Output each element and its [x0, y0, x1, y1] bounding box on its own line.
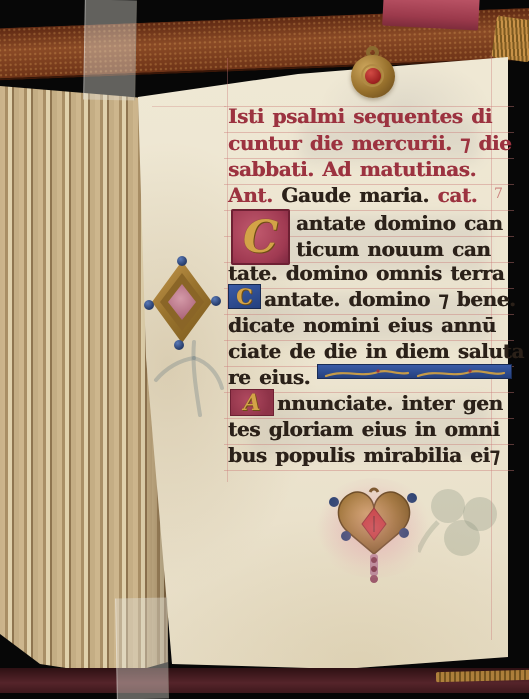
ruling-line [224, 470, 514, 471]
psalm-line-7: re eius. [228, 365, 310, 390]
psalm-line-3: tate. domino omnis terra [228, 261, 504, 286]
mounting-tape-top [83, 0, 137, 100]
gold-medallion-ornament [350, 46, 398, 98]
ruling-line [152, 106, 226, 107]
ribbon-gold-fringe [491, 16, 529, 63]
rubric-line-3: sabbati. Ad matutinas. [228, 157, 476, 182]
rubric-line-2: cuntur die mercurii. ⁊ die [228, 131, 511, 156]
folio-number: 7 [494, 186, 503, 202]
antiphon-suffix: cat. [437, 183, 477, 207]
medallion-ruby [365, 68, 381, 84]
antiphon-label: Ant. [228, 183, 273, 207]
pink-stain [312, 478, 436, 578]
diamond-brooch-ornament [144, 256, 222, 350]
psalm-line-9: tes gloriam eius in omni [228, 417, 500, 442]
illuminated-initial-C-large: C [231, 209, 290, 265]
blue-pearl [211, 296, 221, 306]
line-filler-bar [317, 364, 512, 379]
background-strip [0, 693, 529, 699]
bookmark-ribbon [382, 0, 480, 30]
blue-pearl [177, 256, 187, 266]
psalm-line-5: dicate nomini eius annū [228, 313, 496, 338]
mounting-tape-bottom [115, 598, 169, 699]
psalm-line-10: bus populis mirabilia ei⁊ [228, 443, 499, 468]
blue-pearl [174, 340, 184, 350]
psalm-line-2: ticum nouum can [296, 237, 490, 262]
psalm-line-4: antate. domino ⁊ bene. [264, 287, 516, 312]
psalm-line-6: ciate de die in diem saluta [228, 339, 524, 364]
illuminated-initial-C-small: C [228, 284, 261, 309]
blue-pearl [144, 300, 154, 310]
psalm-line-1: antate domino can [296, 211, 502, 236]
heart-brooch-ornament [326, 478, 422, 586]
antiphon-line: Ant. Gaude maria. cat. [228, 183, 477, 208]
rubric-line-1: Isti psalmi sequentes di [228, 104, 492, 129]
illuminated-initial-A: A [230, 389, 274, 416]
antiphon-incipit: Gaude maria. [281, 183, 429, 207]
psalm-line-8: nnunciate. inter gen [277, 391, 503, 416]
